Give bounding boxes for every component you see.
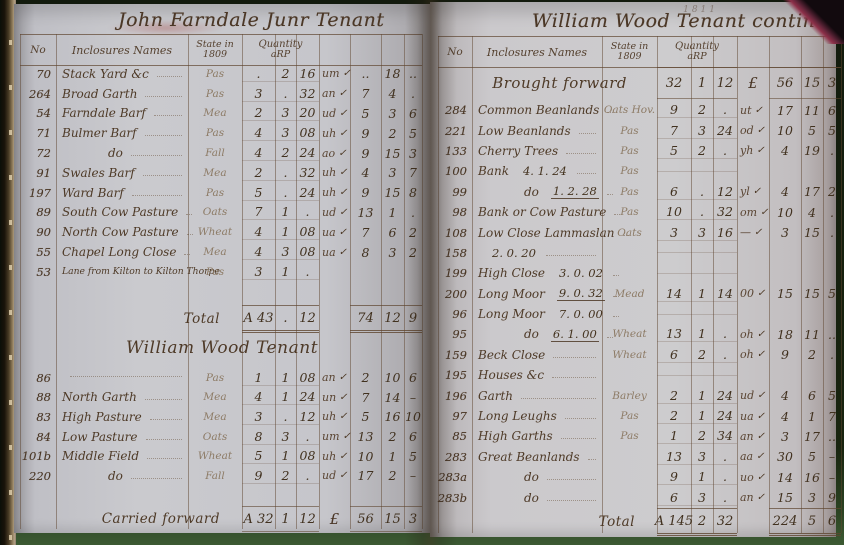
row-perches — [713, 252, 737, 253]
row-pounds: 17 — [350, 468, 381, 483]
row-state-1809: Oats Hov. — [602, 104, 657, 116]
row-shillings: 2 — [381, 429, 404, 444]
state-line2: 1809 — [203, 50, 227, 60]
ledger-row: 195 Houses &c — [438, 365, 841, 385]
row-shillings: 17 — [801, 184, 823, 199]
row-roods: 3 — [691, 123, 713, 139]
row-shillings: 17 — [801, 429, 823, 444]
row-pounds: 10 — [769, 123, 801, 138]
row-mark: uh✓ — [319, 127, 350, 140]
row-roods: . — [275, 409, 296, 425]
dotted-leader — [145, 134, 182, 136]
row-inclosure-name: do — [56, 146, 188, 160]
ledger-row: 86 Pas 1 1 08 an✓ 2 10 6 — [20, 368, 422, 388]
row-perches: 08 — [296, 448, 319, 464]
row-acres — [657, 314, 691, 315]
row-state-1809: Mea — [188, 167, 242, 179]
row-roods — [691, 273, 713, 274]
row-acreage-note: 2. 0. 20 — [490, 246, 538, 260]
dotted-leader — [521, 397, 596, 399]
row-perches: 24 — [713, 408, 737, 424]
row-number: 55 — [20, 245, 56, 259]
ledger-row: 98 Bank or Cow Pasture Pas 10 . 32 om✓ 1… — [438, 202, 841, 222]
row-mark: an✓ — [737, 430, 769, 443]
row-inclosure-name: Low Pasture — [56, 430, 188, 444]
row-pounds: 4 — [769, 143, 801, 158]
row-acres: 4 — [242, 145, 275, 161]
row-state-1809: Mea — [188, 107, 242, 119]
col-quantity: QuantityaRP — [242, 40, 319, 60]
total-acres: A 43 — [242, 305, 275, 333]
row-roods: 2 — [691, 102, 713, 118]
row-number: 221 — [438, 124, 472, 138]
row-mark: um✓ — [319, 67, 350, 80]
row-shillings: 2 — [381, 126, 404, 141]
row-perches: 12 — [296, 409, 319, 425]
row-shillings: 11 — [801, 103, 823, 118]
brought-pounds: 56 — [769, 67, 801, 99]
row-pounds: 7 — [350, 86, 381, 101]
row-perches: . — [296, 429, 319, 445]
row-inclosure-name: North Garth — [56, 390, 188, 404]
row-number: 85 — [438, 429, 472, 443]
ledger-row: 85 High Garths Pas 1 2 34 an✓ 3 17 .. — [438, 426, 841, 446]
row-state-1809: Pas — [188, 187, 242, 199]
row-shillings: 3 — [801, 490, 823, 505]
row-pence: 5 — [404, 449, 422, 464]
row-acres: 3 — [242, 264, 275, 280]
dotted-leader — [131, 154, 182, 156]
row-pounds: 15 — [769, 490, 801, 505]
row-number: 283 — [438, 450, 472, 464]
ledger-row: 97 Long Leughs Pas 2 1 24 ua✓ 4 1 7 — [438, 406, 841, 426]
dotted-leader — [154, 114, 182, 116]
row-number: 196 — [438, 389, 472, 403]
row-inclosure-name: Bank or Cow Pasture — [472, 205, 602, 219]
row-inclosure-name: Ward Barf — [56, 186, 188, 200]
row-roods: 3 — [275, 105, 296, 121]
wood-rows: 86 Pas 1 1 08 an✓ 2 10 6 88 North Garth … — [20, 368, 422, 486]
row-perches: . — [713, 490, 737, 506]
row-acres: 1 — [657, 428, 691, 444]
ledger-book-photo: John Farndale Junr Tenant No Inclosures … — [0, 0, 844, 545]
dotted-leader — [145, 95, 182, 97]
row-shillings: 5 — [801, 123, 823, 138]
total-pounds: 224 — [769, 508, 801, 536]
row-state-1809: Pas — [602, 186, 657, 198]
row-pence: 3 — [404, 146, 422, 161]
row-state-1809: Oats — [188, 431, 242, 443]
row-roods: 1 — [275, 264, 296, 280]
row-shillings: 15 — [381, 185, 404, 200]
row-pounds: 15 — [769, 286, 801, 301]
check-mark: ✓ — [338, 148, 346, 159]
brought-forward-row: Brought forward 32 1 12 £ 56 15 3 — [438, 68, 841, 98]
row-perches: 08 — [296, 370, 319, 386]
row-mark: uh✓ — [319, 186, 350, 199]
row-mark: aa✓ — [737, 450, 769, 463]
row-number: 101b — [20, 449, 56, 463]
row-roods: . — [275, 165, 296, 181]
row-state-1809: Pas — [188, 127, 242, 139]
row-acres: 5 — [242, 185, 275, 201]
row-mark: oh✓ — [737, 328, 769, 341]
col-quantity: QuantityaRP — [657, 42, 737, 62]
row-shillings: 1 — [381, 449, 404, 464]
dotted-leader — [547, 478, 596, 480]
row-mark: ao✓ — [319, 147, 350, 160]
ledger-row: 200 Long Moor9. 0. 32 Mead 14 1 14 00✓ 1… — [438, 284, 841, 304]
row-state-1809: Pas — [602, 206, 657, 218]
row-inclosure-name: High Pasture — [56, 410, 188, 424]
quantity-subcols: aRP — [679, 52, 714, 62]
row-pounds: 9 — [350, 126, 381, 141]
row-pence: 2 — [823, 184, 841, 199]
row-acres: 3 — [242, 409, 275, 425]
ledger-row: 283a do 9 1 . uo✓ 14 16 – — [438, 467, 841, 487]
row-roods: 2 — [275, 468, 296, 484]
quantity-subcols: aRP — [263, 50, 298, 60]
row-acres: 3 — [242, 86, 275, 102]
dotted-leader — [552, 376, 596, 378]
ledger-row: 84 Low Pasture Oats 8 3 . um✓ 13 2 6 — [20, 427, 422, 447]
row-perches — [713, 375, 737, 376]
subcol-p: P — [284, 50, 290, 60]
row-state-1809: Pas — [188, 266, 242, 278]
row-inclosure-name: Cherry Trees — [472, 144, 602, 158]
row-perches: . — [296, 264, 319, 280]
row-perches — [713, 273, 737, 274]
row-roods: 1 — [275, 448, 296, 464]
row-number: 200 — [438, 287, 472, 301]
check-mark: ✓ — [757, 329, 765, 340]
ledger-row: 96 Long Moor7. 0. 00 — [438, 304, 841, 324]
row-acres: 9 — [657, 102, 691, 118]
ledger-row: 53 Lane from Kilton to Kilton Thorpe Pas… — [20, 262, 422, 282]
ledger-row: 284 Common Beanlands Oats Hov. 9 2 . ut✓… — [438, 100, 841, 120]
row-acres: 13 — [657, 449, 691, 465]
row-mark: ud✓ — [737, 389, 769, 402]
total-perches: 32 — [713, 508, 737, 536]
ledger-row: 199 High Close3. 0. 02 — [438, 263, 841, 283]
row-number: 54 — [20, 106, 56, 120]
row-acres: 10 — [657, 204, 691, 220]
subcol-p: P — [700, 52, 706, 62]
row-perches: 12 — [713, 184, 737, 200]
row-pounds: 18 — [769, 327, 801, 342]
row-perches: 24 — [296, 185, 319, 201]
row-pounds: 14 — [769, 470, 801, 485]
row-number: 108 — [438, 226, 472, 240]
row-inclosure-name: Houses &c — [472, 368, 602, 382]
check-mark: ✓ — [339, 470, 347, 481]
ledger-row: 197 Ward Barf Pas 5 . 24 uh✓ 9 15 8 — [20, 183, 422, 203]
row-perches: 08 — [296, 224, 319, 240]
row-pounds: 17 — [769, 103, 801, 118]
row-inclosure-name: Garth — [472, 389, 602, 403]
ledger-row: 83 High Pasture Mea 3 . 12 uh✓ 5 16 10 — [20, 407, 422, 427]
row-roods: . — [275, 86, 296, 102]
row-shillings: 11 — [801, 327, 823, 342]
row-acres: 13 — [657, 326, 691, 342]
row-state-1809: Pas — [602, 145, 657, 157]
check-mark: ✓ — [339, 392, 347, 403]
row-inclosure-name: 2. 0. 20 — [472, 246, 602, 260]
row-state-1809: Mead — [602, 288, 657, 300]
row-pence: 10 — [404, 409, 422, 424]
row-pounds: 9 — [350, 146, 381, 161]
row-mark: ud✓ — [319, 469, 350, 482]
check-mark: ✓ — [757, 288, 765, 299]
row-inclosure-name: Farndale Barf — [56, 106, 188, 120]
row-inclosure-name: do — [56, 469, 188, 483]
row-acreage-note: 4. 1. 24 — [521, 164, 569, 178]
row-state-1809: Pas — [188, 88, 242, 100]
row-pence: – — [404, 390, 422, 405]
row-shillings: 1 — [801, 409, 823, 424]
dotted-leader — [150, 418, 182, 420]
row-shillings: 4 — [381, 86, 404, 101]
col-inclosures-names: Inclosures Names — [56, 44, 188, 57]
row-pounds: 7 — [350, 390, 381, 405]
row-roods: 2 — [275, 66, 296, 82]
row-shillings: 14 — [381, 390, 404, 405]
dotted-leader — [547, 499, 596, 501]
row-pence: 6 — [823, 103, 841, 118]
row-number: 97 — [438, 409, 472, 423]
column-rule — [841, 36, 842, 533]
col-no: No — [438, 46, 472, 58]
row-inclosure-name: Long Leughs — [472, 409, 602, 423]
row-shillings: 3 — [381, 106, 404, 121]
check-mark: ✓ — [339, 128, 347, 139]
row-inclosure-name: North Cow Pasture — [56, 225, 188, 239]
check-mark: ✓ — [753, 186, 761, 197]
row-number: 83 — [20, 410, 56, 424]
row-roods: . — [691, 204, 713, 220]
carried-acres: A 32 — [242, 506, 275, 532]
brought-pence: 3 — [823, 67, 841, 99]
row-shillings: 6 — [381, 225, 404, 240]
row-perches: 14 — [713, 286, 737, 302]
row-inclosure-name: do1. 2. 28 — [472, 184, 602, 199]
table-header-left: No Inclosures Names State in1809 Quantit… — [20, 34, 422, 66]
row-pence: 6 — [404, 106, 422, 121]
ledger-row: 88 North Garth Mea 4 1 24 un✓ 7 14 – — [20, 388, 422, 408]
row-number: 199 — [438, 266, 472, 280]
col-state-1809: State in1809 — [602, 42, 657, 62]
row-pounds: 4 — [769, 409, 801, 424]
row-pence: . — [404, 86, 422, 101]
row-inclosure-name: Stack Yard &c — [56, 67, 188, 81]
dotted-leader — [613, 315, 619, 317]
row-pence: . — [823, 347, 841, 362]
brought-shillings: 15 — [801, 67, 823, 99]
page-left-title: John Farndale Junr Tenant — [118, 9, 385, 31]
ledger-row: 91 Swales Barf Mea 2 . 32 uh✓ 4 3 7 — [20, 163, 422, 183]
row-perches: 24 — [713, 123, 737, 139]
row-number: 71 — [20, 126, 56, 140]
row-roods: 2 — [691, 428, 713, 444]
ledger-row: 158 2. 0. 20 — [438, 243, 841, 263]
row-perches: 08 — [296, 125, 319, 141]
row-mark: 00✓ — [737, 287, 769, 300]
row-shillings: 16 — [801, 470, 823, 485]
row-roods: 1 — [691, 408, 713, 424]
row-roods: 1 — [275, 370, 296, 386]
ledger-row: 196 Garth Barley 2 1 24 ud✓ 4 6 5 — [438, 385, 841, 405]
row-roods: 3 — [275, 429, 296, 445]
carried-forward-label: Carried forward — [56, 511, 242, 527]
row-acres: . — [242, 66, 275, 82]
ledger-row: 220 do Fall 9 2 . ud✓ 17 2 – — [20, 466, 422, 486]
row-pence: . — [823, 205, 841, 220]
row-mark: um✓ — [319, 430, 350, 443]
ledger-row: 99 do1. 2. 28 Pas 6 . 12 yl✓ 4 17 2 — [438, 182, 841, 202]
row-roods: 3 — [275, 244, 296, 260]
row-state-1809: Wheat — [602, 349, 657, 361]
row-pounds: 30 — [769, 449, 801, 464]
row-pence: 8 — [404, 185, 422, 200]
row-pounds: 13 — [350, 205, 381, 220]
total-roods: 2 — [691, 508, 713, 536]
check-mark: ✓ — [755, 105, 763, 116]
row-state-1809: Wheat — [188, 226, 242, 238]
row-roods: 1 — [691, 286, 713, 302]
row-inclosure-name: Low Beanlands — [472, 124, 602, 138]
row-roods — [691, 252, 713, 253]
row-mark: an✓ — [319, 87, 350, 100]
carried-roods: 1 — [275, 506, 296, 532]
col-inclosures-names: Inclosures Names — [472, 46, 602, 59]
row-roods: 3 — [691, 490, 713, 506]
wood-total-row: Total A 145 2 32 224 5 6 — [438, 510, 841, 534]
row-pounds: 9 — [350, 185, 381, 200]
row-roods: 1 — [275, 389, 296, 405]
row-acres: 7 — [657, 123, 691, 139]
row-acreage-note: 6. 1. 00 — [551, 327, 599, 342]
row-mark: —✓ — [737, 226, 769, 239]
row-roods — [691, 375, 713, 376]
row-shillings: 15 — [801, 225, 823, 240]
ledger-row: 54 Farndale Barf Mea 2 3 20 ud✓ 5 3 6 — [20, 104, 422, 124]
row-pounds: 9 — [769, 347, 801, 362]
row-inclosure-name: Bulmer Barf — [56, 126, 188, 140]
ledger-row: 89 South Cow Pasture Oats 7 1 . ud✓ 13 1… — [20, 203, 422, 223]
row-acres: 6 — [657, 347, 691, 363]
row-number: 283a — [438, 470, 472, 484]
row-mark: od✓ — [737, 124, 769, 137]
row-pence: 5 — [404, 126, 422, 141]
row-acres — [657, 171, 691, 172]
row-state-1809: Mea — [188, 246, 242, 258]
total-pence: 9 — [404, 305, 422, 333]
row-pence: – — [823, 449, 841, 464]
row-number: 95 — [438, 327, 472, 341]
row-number: 96 — [438, 307, 472, 321]
row-mark: uh✓ — [319, 450, 350, 463]
dotted-leader — [145, 398, 182, 400]
ledger-row: 55 Chapel Long Close Mea 4 3 08 ua✓ 8 3 … — [20, 242, 422, 262]
row-pounds: 8 — [350, 245, 381, 260]
row-inclosure-name: Lane from Kilton to Kilton Thorpe — [56, 266, 188, 277]
check-mark: ✓ — [756, 451, 764, 462]
row-number: 220 — [20, 469, 56, 483]
row-perches: 24 — [296, 389, 319, 405]
row-state-1809: Fall — [188, 147, 242, 159]
row-number: 86 — [20, 371, 56, 385]
row-shillings: 1 — [381, 205, 404, 220]
ledger-row: 90 North Cow Pasture Wheat 4 1 08 ua✓ 7 … — [20, 222, 422, 242]
row-roods: 2 — [691, 347, 713, 363]
row-shillings: 19 — [801, 143, 823, 158]
row-number: 89 — [20, 205, 56, 219]
row-number: 100 — [438, 164, 472, 178]
row-roods: 2 — [275, 145, 296, 161]
brought-acres: 32 — [657, 67, 691, 99]
row-perches: 08 — [296, 244, 319, 260]
row-number: 70 — [20, 67, 56, 81]
check-mark: ✓ — [339, 411, 347, 422]
page-right: William Wood Tenant continued 1811 No In… — [430, 2, 836, 537]
check-mark: ✓ — [754, 227, 762, 238]
row-acreage-note: 3. 0. 02 — [557, 266, 605, 280]
row-inclosure-name: do6. 1. 00 — [472, 327, 602, 342]
row-acres: 2 — [657, 408, 691, 424]
row-pence: 7 — [823, 409, 841, 424]
total-pounds: 74 — [350, 305, 381, 333]
row-acres: 4 — [242, 244, 275, 260]
check-mark: ✓ — [757, 472, 765, 483]
dotted-leader — [546, 254, 596, 256]
row-mark: ud✓ — [319, 107, 350, 120]
torn-corner — [778, 0, 844, 44]
row-number: 284 — [438, 103, 472, 117]
row-state-1809: Pas — [602, 125, 657, 137]
william-wood-section-title: William Wood Tenant — [14, 338, 430, 358]
row-roods: 3 — [691, 449, 713, 465]
row-pounds: .. — [350, 66, 381, 81]
row-acres: 6 — [657, 490, 691, 506]
row-pounds: 5 — [350, 106, 381, 121]
row-perches — [713, 171, 737, 172]
row-acres: 2 — [242, 165, 275, 181]
row-acres: 4 — [242, 125, 275, 141]
pound-sign: £ — [737, 74, 769, 92]
row-number: 99 — [438, 185, 472, 199]
row-acres: 2 — [657, 388, 691, 404]
check-mark: ✓ — [757, 492, 765, 503]
row-state-1809: Fall — [188, 470, 242, 482]
check-mark: ✓ — [339, 88, 347, 99]
subcol-r: R — [277, 50, 284, 60]
row-pence: . — [823, 225, 841, 240]
row-inclosure-name: do — [472, 470, 602, 484]
row-mark: yh✓ — [737, 144, 769, 157]
row-inclosure-name: Swales Barf — [56, 166, 188, 180]
row-pence: .. — [404, 66, 422, 81]
dotted-leader — [131, 477, 182, 479]
ledger-row: 70 Stack Yard &c Pas . 2 16 um✓ .. 18 .. — [20, 64, 422, 84]
check-mark: ✓ — [339, 187, 347, 198]
check-mark: ✓ — [339, 167, 347, 178]
check-mark: ✓ — [760, 207, 768, 218]
row-acres: 9 — [657, 469, 691, 485]
row-pounds: 3 — [769, 429, 801, 444]
row-state-1809: Mea — [188, 391, 242, 403]
ledger-row: 264 Broad Garth Pas 3 . 32 an✓ 7 4 . — [20, 84, 422, 104]
row-acres: 8 — [242, 429, 275, 445]
